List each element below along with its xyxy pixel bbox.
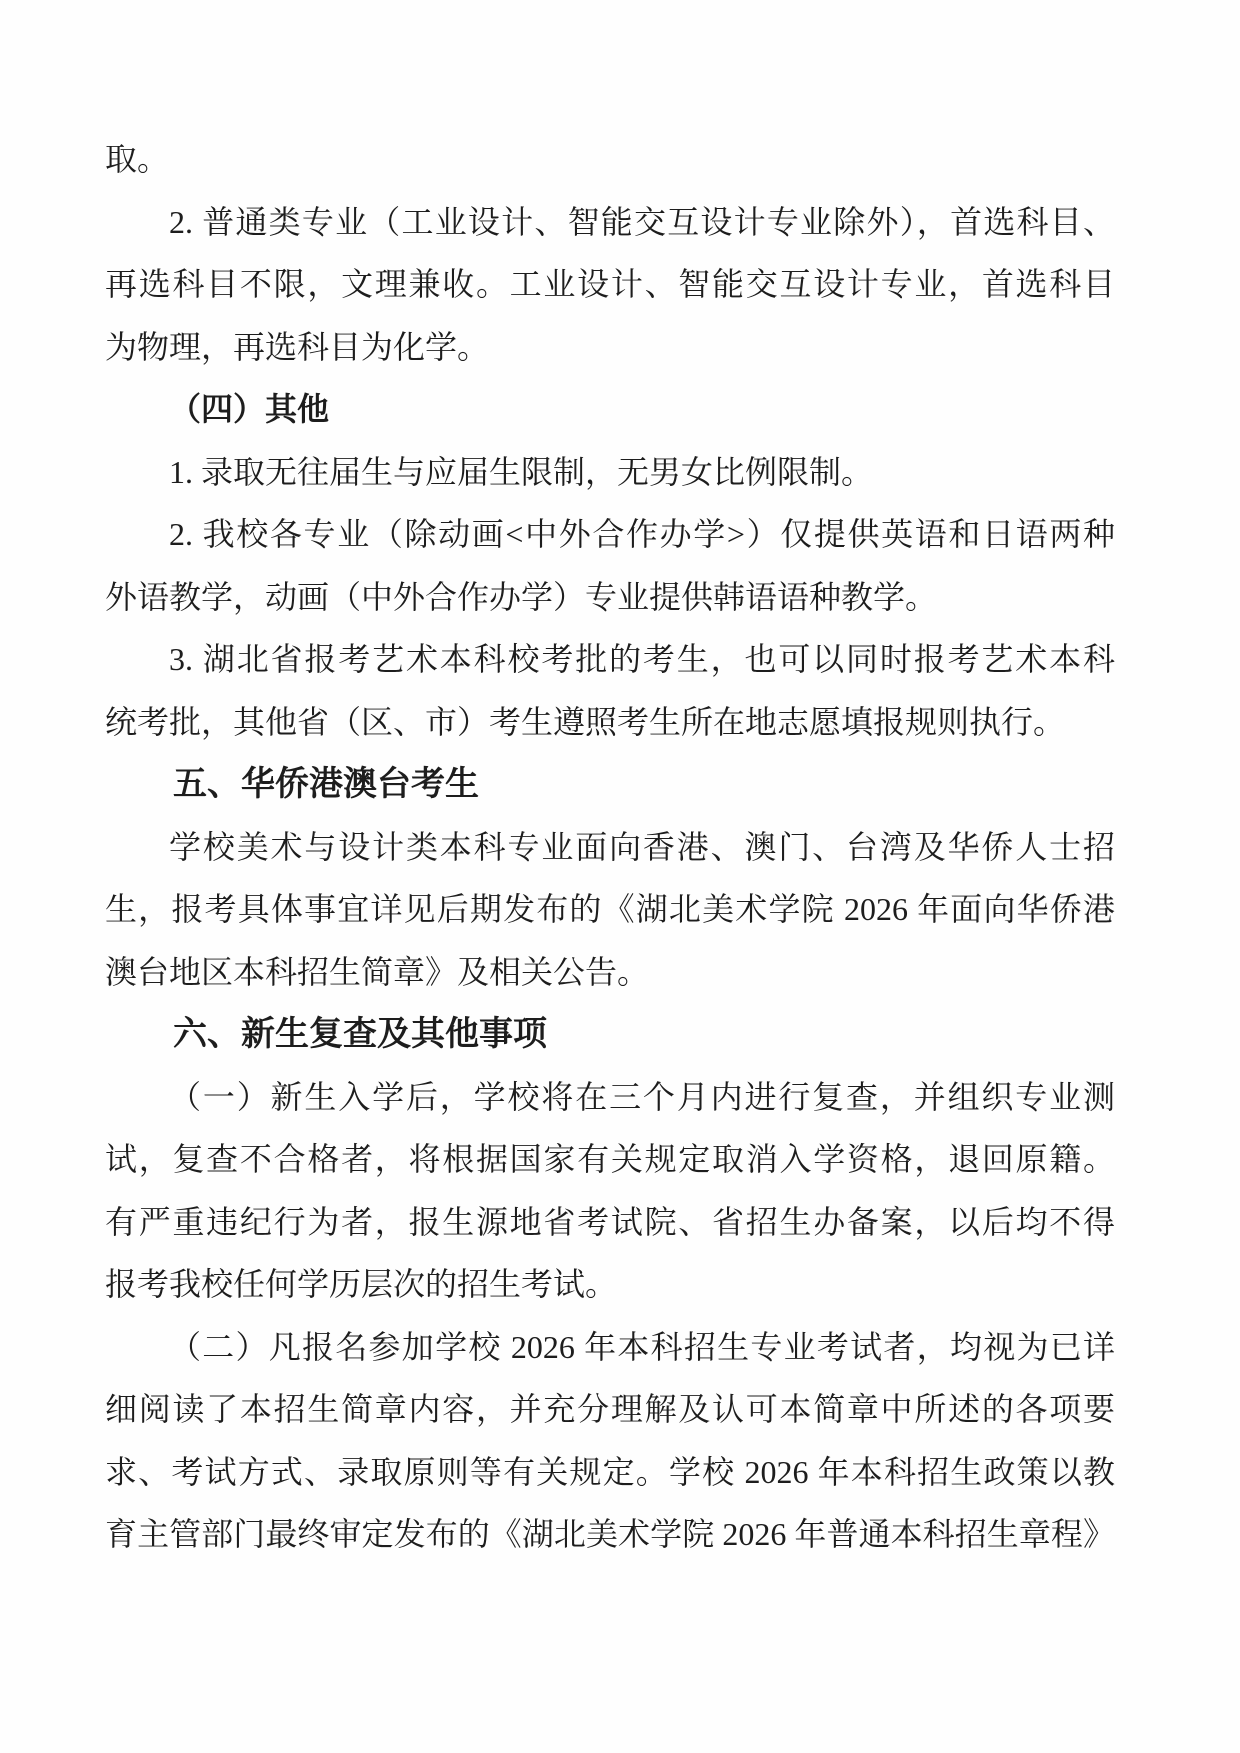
document-line: （一）新生入学后，学校将在三个月内进行复查，并组织专业测 bbox=[105, 1066, 1115, 1129]
paragraph: 1. 录取无往届生与应届生限制，无男女比例限制。 bbox=[105, 441, 1115, 504]
document-line: 为物理，再选科目为化学。 bbox=[105, 316, 1115, 379]
document-line: 学校美术与设计类本科专业面向香港、澳门、台湾及华侨人士招 bbox=[105, 816, 1115, 879]
section-heading: 六、新生复查及其他事项 bbox=[105, 1003, 1115, 1066]
paragraph: 2. 普通类专业（工业设计、智能交互设计专业除外），首选科目、再选科目不限，文理… bbox=[105, 191, 1115, 379]
document-line: 试，复查不合格者，将根据国家有关规定取消入学资格，退回原籍。 bbox=[105, 1128, 1115, 1191]
document-line: 五、华侨港澳台考生 bbox=[105, 753, 1115, 816]
document-line: （二）凡报名参加学校 2026 年本科招生专业考试者，均视为已详 bbox=[105, 1316, 1115, 1379]
paragraph: 3. 湖北省报考艺术本科校考批的考生，也可以同时报考艺术本科统考批，其他省（区、… bbox=[105, 628, 1115, 753]
document-line: 澳台地区本科招生简章》及相关公告。 bbox=[105, 941, 1115, 1004]
section-heading: 五、华侨港澳台考生 bbox=[105, 753, 1115, 816]
document-line: 1. 录取无往届生与应届生限制，无男女比例限制。 bbox=[105, 441, 1115, 504]
section-heading: （四）其他 bbox=[105, 378, 1115, 441]
paragraph: （二）凡报名参加学校 2026 年本科招生专业考试者，均视为已详细阅读了本招生简… bbox=[105, 1316, 1115, 1566]
paragraph: 2. 我校各专业（除动画<中外合作办学>）仅提供英语和日语两种外语教学，动画（中… bbox=[105, 503, 1115, 628]
document-line: 统考批，其他省（区、市）考生遵照考生所在地志愿填报规则执行。 bbox=[105, 691, 1115, 754]
document-line: 有严重违纪行为者，报生源地省考试院、省招生办备案，以后均不得 bbox=[105, 1191, 1115, 1254]
document-line: （四）其他 bbox=[105, 378, 1115, 441]
document-content: 取。2. 普通类专业（工业设计、智能交互设计专业除外），首选科目、再选科目不限，… bbox=[105, 128, 1115, 1566]
document-line: 再选科目不限，文理兼收。工业设计、智能交互设计专业，首选科目 bbox=[105, 253, 1115, 316]
document-line: 取。 bbox=[105, 128, 1115, 191]
document-line: 生，报考具体事宜详见后期发布的《湖北美术学院 2026 年面向华侨港 bbox=[105, 878, 1115, 941]
document-line: 2. 普通类专业（工业设计、智能交互设计专业除外），首选科目、 bbox=[105, 191, 1115, 254]
document-line: 2. 我校各专业（除动画<中外合作办学>）仅提供英语和日语两种 bbox=[105, 503, 1115, 566]
document-line: 外语教学，动画（中外合作办学）专业提供韩语语种教学。 bbox=[105, 566, 1115, 629]
document-line: 六、新生复查及其他事项 bbox=[105, 1003, 1115, 1066]
document-line: 3. 湖北省报考艺术本科校考批的考生，也可以同时报考艺术本科 bbox=[105, 628, 1115, 691]
document-page: 取。2. 普通类专业（工业设计、智能交互设计专业除外），首选科目、再选科目不限，… bbox=[0, 0, 1240, 1753]
document-line: 育主管部门最终审定发布的《湖北美术学院 2026 年普通本科招生章程》 bbox=[105, 1503, 1115, 1566]
paragraph: （一）新生入学后，学校将在三个月内进行复查，并组织专业测试，复查不合格者，将根据… bbox=[105, 1066, 1115, 1316]
document-line: 求、考试方式、录取原则等有关规定。学校 2026 年本科招生政策以教 bbox=[105, 1441, 1115, 1504]
document-line: 细阅读了本招生简章内容，并充分理解及认可本简章中所述的各项要 bbox=[105, 1378, 1115, 1441]
paragraph: 学校美术与设计类本科专业面向香港、澳门、台湾及华侨人士招生，报考具体事宜详见后期… bbox=[105, 816, 1115, 1004]
document-line: 报考我校任何学历层次的招生考试。 bbox=[105, 1253, 1115, 1316]
paragraph: 取。 bbox=[105, 128, 1115, 191]
